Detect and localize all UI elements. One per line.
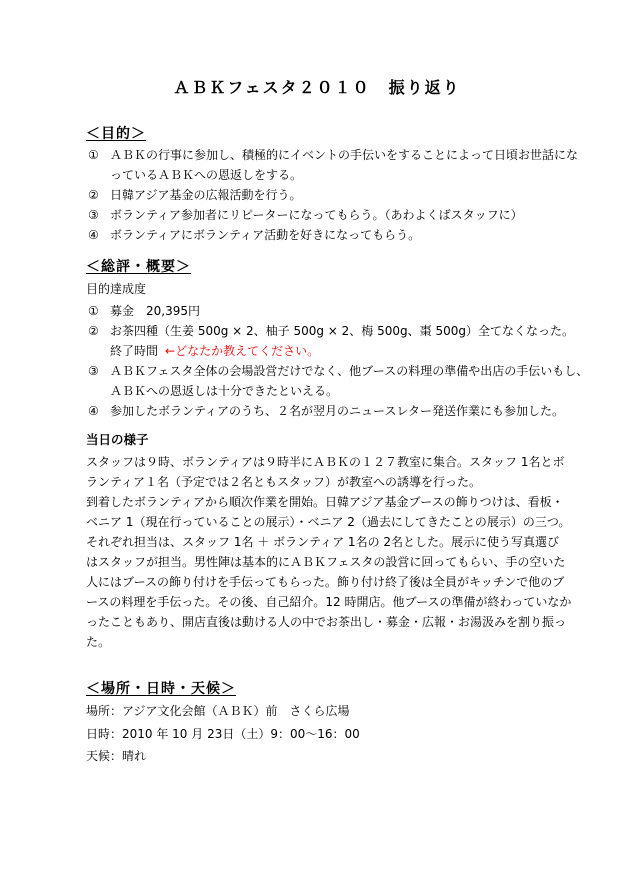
list-item: ② お茶四種（生姜 500g × 2、柚子 500g × 2、梅 500g、棗 … xyxy=(88,321,588,361)
text-line: ボランティア参加者にリピーターになってもらう。（あわよくばスタッフに） xyxy=(110,205,588,225)
text-line: それぞれ担当は、スタッフ 1名 ＋ ボランティア 1名の 2名とした。展示に使う… xyxy=(86,532,586,552)
list-item: ② 日韓アジア基金の広報活動を行う。 xyxy=(88,185,588,205)
text-line: ボランティアにボランティア活動を好きになってもらう。 xyxy=(110,225,588,245)
list-item: ① ＡＢＫの行事に参加し、積極的にイベントの手伝いをすることによって日頃お世話に… xyxy=(88,145,588,185)
summary-subheading: 目的達成度 xyxy=(86,280,146,297)
list-item: ④ ボランティアにボランティア活動を好きになってもらう。 xyxy=(88,225,588,245)
text-line: ランティア１名（予定では２名ともスタッフ）が教室への誘導を行った。 xyxy=(86,472,586,492)
text-line: スタッフは９時、ボランティアは９時半にＡＢＫの１２７教室に集合。スタッフ 1名と… xyxy=(86,452,586,472)
text-line: お茶四種（生姜 500g × 2、柚子 500g × 2、梅 500g、棗 50… xyxy=(110,321,588,341)
section-heading-day-report: 当日の様子 xyxy=(86,430,149,448)
text-line: 終了時間←どなたか教えてください。 xyxy=(110,341,588,361)
text-line: 参加したボランティアのうち、２名が翌月のニュースレター発送作業にも参加した。 xyxy=(110,401,588,421)
text-line: ースの料理を手伝った。その後、自己紹介。12 時開店。他ブースの準備が終わってい… xyxy=(86,592,586,612)
item-number: ② xyxy=(88,321,110,341)
text-line: 到着したボランティアから順次作業を開始。日韓アジア基金ブースの飾りつけは、看板・ xyxy=(86,492,586,512)
document-title: ＡＢＫフェスタ２０１０ 振り返り xyxy=(0,75,634,98)
list-item: ④ 参加したボランティアのうち、２名が翌月のニュースレター発送作業にも参加した。 xyxy=(88,401,588,421)
item-number: ① xyxy=(88,145,110,165)
section-heading-summary: ＜総評・概要＞ xyxy=(86,256,191,276)
item-number: ④ xyxy=(88,401,110,421)
text-line: 人にはブースの飾り付けを手伝ってもらった。飾り付け終了後は全員がキッチンで他のブ xyxy=(86,572,586,592)
text-line: ＡＢＫフェスタ全体の会場設営だけでなく、他ブースの料理の準備や出店の手伝いもし、 xyxy=(110,361,588,381)
text-line: ベニア 1（現在行っていることの展示）・ベニア 2（過去にしてきたことの展示）の… xyxy=(86,512,586,532)
item-number: ④ xyxy=(88,225,110,245)
text-line: ったこともあり、開店直後は動ける人の中でお茶出し・募金・広報・お湯汲みを割り振っ xyxy=(86,612,586,632)
red-annotation: ←どなたか教えてください。 xyxy=(165,344,319,358)
text-line: 日韓アジア基金の広報活動を行う。 xyxy=(110,185,588,205)
day-report-paragraph: スタッフは９時、ボランティアは９時半にＡＢＫの１２７教室に集合。スタッフ 1名と… xyxy=(86,452,586,652)
document-page: ＡＢＫフェスタ２０１０ 振り返り ＜目的＞ ① ＡＢＫの行事に参加し、積極的にイ… xyxy=(0,0,634,895)
text-line: ＡＢＫへの恩返しは十分できたといえる。 xyxy=(110,381,588,401)
text-line: はスタッフが担当。男性陣は基本的にＡＢＫフェスタの設営に回ってもらい、手の空いた xyxy=(86,552,586,572)
text-line: ＡＢＫの行事に参加し、積極的にイベントの手伝いをすることによって日頃お世話にな xyxy=(110,145,588,165)
text-line: た。 xyxy=(86,632,586,652)
item-number: ② xyxy=(88,185,110,205)
list-item: ③ ボランティア参加者にリピーターになってもらう。（あわよくばスタッフに） xyxy=(88,205,588,225)
section-heading-purpose: ＜目的＞ xyxy=(86,123,146,143)
item-number: ③ xyxy=(88,205,110,225)
summary-list: ① 募金 20,395円 ② お茶四種（生姜 500g × 2、柚子 500g … xyxy=(88,301,588,421)
logistics-row-datetime: 日時：2010 年 10 月 23日（土）9：00～16：00 xyxy=(86,723,360,746)
text-line: 募金 20,395円 xyxy=(110,301,588,321)
logistics-rows: 場所：アジア文化会館（ＡＢＫ）前 さくら広場 日時：2010 年 10 月 23… xyxy=(86,700,360,768)
logistics-row-weather: 天候：晴れ xyxy=(86,745,360,768)
item-number: ③ xyxy=(88,361,110,381)
purpose-list: ① ＡＢＫの行事に参加し、積極的にイベントの手伝いをすることによって日頃お世話に… xyxy=(88,145,588,245)
section-heading-logistics: ＜場所・日時・天候＞ xyxy=(86,678,236,698)
logistics-row-place: 場所：アジア文化会館（ＡＢＫ）前 さくら広場 xyxy=(86,700,360,723)
followup-label: 終了時間 xyxy=(110,344,158,358)
item-number: ① xyxy=(88,301,110,321)
text-line: っているＡＢＫへの恩返しをする。 xyxy=(110,165,588,185)
list-item: ③ ＡＢＫフェスタ全体の会場設営だけでなく、他ブースの料理の準備や出店の手伝いも… xyxy=(88,361,588,401)
list-item: ① 募金 20,395円 xyxy=(88,301,588,321)
